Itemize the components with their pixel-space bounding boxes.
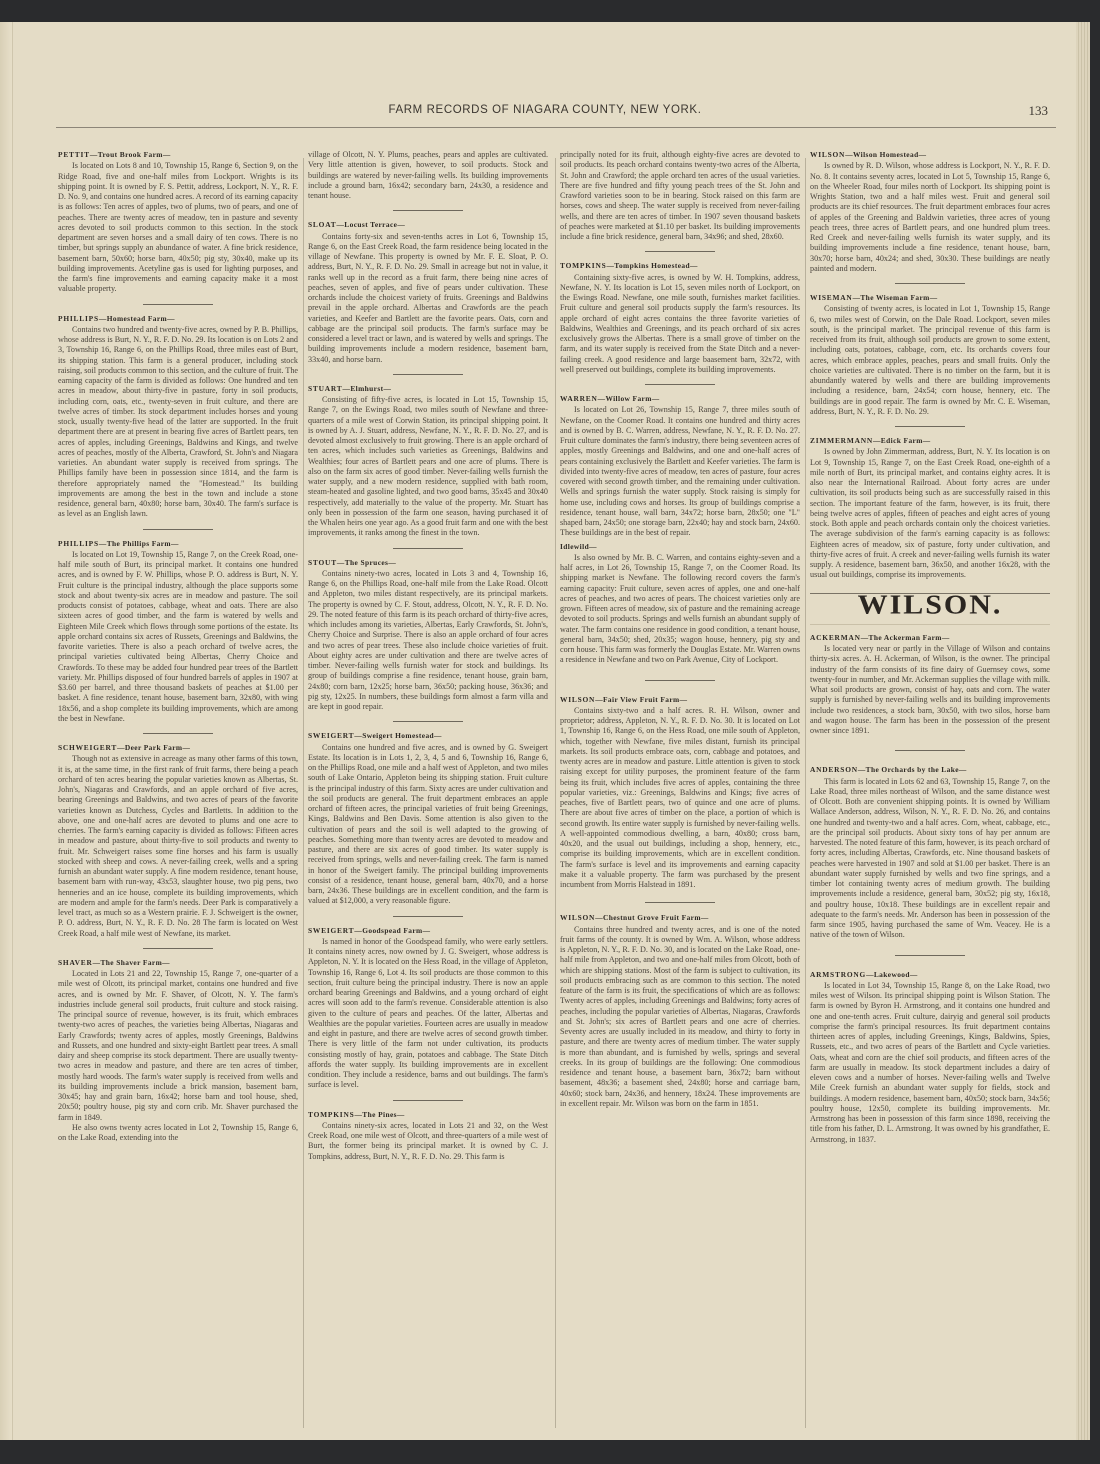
- entry-body: Is owned by R. D. Wilson, whose address …: [810, 161, 1050, 274]
- entry-title: ACKERMAN—The Ackerman Farm—: [810, 633, 1050, 643]
- column-rule: [805, 158, 806, 1428]
- entry-body: Consisting of fifty-five acres, is locat…: [308, 395, 548, 539]
- entry-title: PHILLIPS—Homestead Farm—: [58, 314, 298, 324]
- farm-entry: WILSON—Chestnut Grove Fruit Farm— Contai…: [560, 913, 800, 1109]
- town-heading: WILSON.: [810, 600, 1050, 609]
- entry-body: Is located on Lot 19, Township 15, Range…: [58, 550, 298, 724]
- section-divider: [143, 733, 213, 734]
- entry-title: TOMPKINS—Tompkins Homestead—: [560, 261, 800, 271]
- section-divider: [645, 680, 715, 681]
- entry-body: Is located in Lot 34, Township 15, Range…: [810, 981, 1050, 1145]
- entry-body: Located in Lots 21 and 22, Township 15, …: [58, 969, 298, 1123]
- entry-body: Contains one hundred and five acres, and…: [308, 743, 548, 907]
- entry-body: Contains ninety-two acres, located in Lo…: [308, 569, 548, 713]
- entry-body: Contains sixty-two and a half acres. R. …: [560, 706, 800, 891]
- entry-title: PHILLIPS—The Phillips Farm—: [58, 539, 298, 549]
- entry-title: WILSON—Fair View Fruit Farm—: [560, 695, 800, 705]
- farm-entry: SCHWEIGERT—Deer Park Farm— Though not as…: [58, 743, 298, 939]
- entry-title: ARMSTRONG—Lakewood—: [810, 970, 1050, 980]
- section-divider: [393, 1100, 463, 1101]
- page-number: 133: [1029, 103, 1049, 119]
- entry-title: SWEIGERT—Goodspead Farm—: [308, 926, 548, 936]
- farm-entry: ACKERMAN—The Ackerman Farm— Is located v…: [810, 633, 1050, 737]
- entry-body: This farm is located in Lots 62 and 63, …: [810, 777, 1050, 941]
- text-columns: PETTIT—Trout Brook Farm— Is located on L…: [58, 150, 1053, 1430]
- farm-entry: TOMPKINS—The Pines— Contains ninety-six …: [308, 1110, 548, 1162]
- binding-gutter: [0, 22, 13, 1440]
- entry-title: SHAVER—The Shaver Farm—: [58, 958, 298, 968]
- entry-title: PETTIT—Trout Brook Farm—: [58, 150, 298, 160]
- column-rule: [555, 158, 556, 1428]
- entry-title: WISEMAN—The Wiseman Farm—: [810, 293, 1050, 303]
- section-divider: [895, 750, 965, 751]
- entry-body: Contains ninety-six acres, located in Lo…: [308, 1121, 548, 1162]
- entry-body: Is located very near or partly in the Vi…: [810, 644, 1050, 736]
- farm-entry: WARREN—Willow Farm— Is located on Lot 26…: [560, 394, 800, 666]
- entry-body: Consisting of twenty acres, is located i…: [810, 304, 1050, 417]
- page-stack-edge: [1076, 22, 1090, 1440]
- continued-text: principally noted for its fruit, althoug…: [560, 150, 800, 242]
- farm-entry: PHILLIPS—Homestead Farm— Contains two hu…: [58, 314, 298, 520]
- section-divider: [143, 529, 213, 530]
- header-rule: [56, 127, 1056, 128]
- entry-title: STUART—Elmhurst—: [308, 384, 548, 394]
- section-divider: [143, 948, 213, 949]
- farm-entry: ANDERSON—The Orchards by the Lake— This …: [810, 765, 1050, 940]
- section-divider: [393, 548, 463, 549]
- farm-entry: PHILLIPS—The Phillips Farm— Is located o…: [58, 539, 298, 725]
- entry-body: Though not as extensive in acreage as ma…: [58, 754, 298, 939]
- section-divider: [393, 374, 463, 375]
- page-header: FARM RECORDS OF NIAGARA COUNTY, NEW YORK…: [0, 104, 1090, 124]
- farm-entry: PETTIT—Trout Brook Farm— Is located on L…: [58, 150, 298, 295]
- entry-subtitle: Idlewild—: [560, 542, 800, 552]
- entry-body-continued: Is also owned by Mr. B. C. Warren, and c…: [560, 553, 800, 666]
- farm-entry: STUART—Elmhurst— Consisting of fifty-fiv…: [308, 384, 548, 539]
- entry-body: Containing sixty-five acres, is owned by…: [560, 273, 800, 376]
- town-heading-rule: [810, 624, 1050, 625]
- section-divider: [393, 721, 463, 722]
- entry-title: STOUT—The Spruces—: [308, 558, 548, 568]
- entry-title: ZIMMERMANN—Edick Farm—: [810, 436, 1050, 446]
- section-divider: [393, 916, 463, 917]
- section-divider: [645, 902, 715, 903]
- entry-body: Is located on Lots 8 and 10, Township 15…: [58, 161, 298, 294]
- entry-title: SLOAT—Locust Terrace—: [308, 220, 548, 230]
- entry-title: WARREN—Willow Farm—: [560, 394, 800, 404]
- farm-entry: WISEMAN—The Wiseman Farm— Consisting of …: [810, 293, 1050, 417]
- section-divider: [393, 210, 463, 211]
- section-divider: [895, 955, 965, 956]
- section-divider: [645, 251, 715, 252]
- entry-body: Is named in honor of the Goodspead famil…: [308, 937, 548, 1091]
- column-1: PETTIT—Trout Brook Farm— Is located on L…: [58, 150, 298, 1420]
- entry-title: SWEIGERT—Sweigert Homestead—: [308, 731, 548, 741]
- section-divider: [645, 384, 715, 385]
- farm-entry: WILSON—Wilson Homestead— Is owned by R. …: [810, 150, 1050, 274]
- farm-entry: STOUT—The Spruces— Contains ninety-two a…: [308, 558, 548, 713]
- entry-body: Is located on Lot 26, Township 15, Range…: [560, 405, 800, 538]
- continued-text: village of Olcott, N. Y. Plums, peaches,…: [308, 150, 548, 201]
- farm-entry: TOMPKINS—Tompkins Homestead— Containing …: [560, 261, 800, 375]
- farm-entry: SLOAT—Locust Terrace— Contains forty-six…: [308, 220, 548, 365]
- entry-title: SCHWEIGERT—Deer Park Farm—: [58, 743, 298, 753]
- running-title: FARM RECORDS OF NIAGARA COUNTY, NEW YORK…: [0, 104, 1090, 117]
- entry-body: Contains three hundred and twenty acres,…: [560, 925, 800, 1110]
- entry-body: Is owned by John Zimmerman, address, Bur…: [810, 447, 1050, 580]
- column-rule: [303, 158, 304, 1428]
- entry-title: WILSON—Wilson Homestead—: [810, 150, 1050, 160]
- section-divider: [895, 426, 965, 427]
- farm-entry: SWEIGERT—Goodspead Farm— Is named in hon…: [308, 926, 548, 1091]
- entry-body-continued: He also owns twenty acres located in Lot…: [58, 1123, 298, 1144]
- column-2: village of Olcott, N. Y. Plums, peaches,…: [308, 150, 548, 1420]
- column-3: principally noted for its fruit, althoug…: [560, 150, 800, 1420]
- section-divider: [143, 304, 213, 305]
- farm-entry: ZIMMERMANN—Edick Farm— Is owned by John …: [810, 436, 1050, 581]
- entry-body: Contains two hundred and twenty-five acr…: [58, 325, 298, 520]
- farm-entry: ARMSTRONG—Lakewood— Is located in Lot 34…: [810, 970, 1050, 1145]
- book-page: FARM RECORDS OF NIAGARA COUNTY, NEW YORK…: [0, 22, 1090, 1440]
- entry-body: Contains forty-six and seven-tenths acre…: [308, 232, 548, 365]
- farm-entry: SHAVER—The Shaver Farm— Located in Lots …: [58, 958, 298, 1144]
- entry-title: WILSON—Chestnut Grove Fruit Farm—: [560, 913, 800, 923]
- farm-entry: WILSON—Fair View Fruit Farm— Contains si…: [560, 695, 800, 891]
- entry-title: ANDERSON—The Orchards by the Lake—: [810, 765, 1050, 775]
- entry-title: TOMPKINS—The Pines—: [308, 1110, 548, 1120]
- column-4: WILSON—Wilson Homestead— Is owned by R. …: [810, 150, 1050, 1420]
- section-divider: [895, 283, 965, 284]
- farm-entry: SWEIGERT—Sweigert Homestead— Contains on…: [308, 731, 548, 906]
